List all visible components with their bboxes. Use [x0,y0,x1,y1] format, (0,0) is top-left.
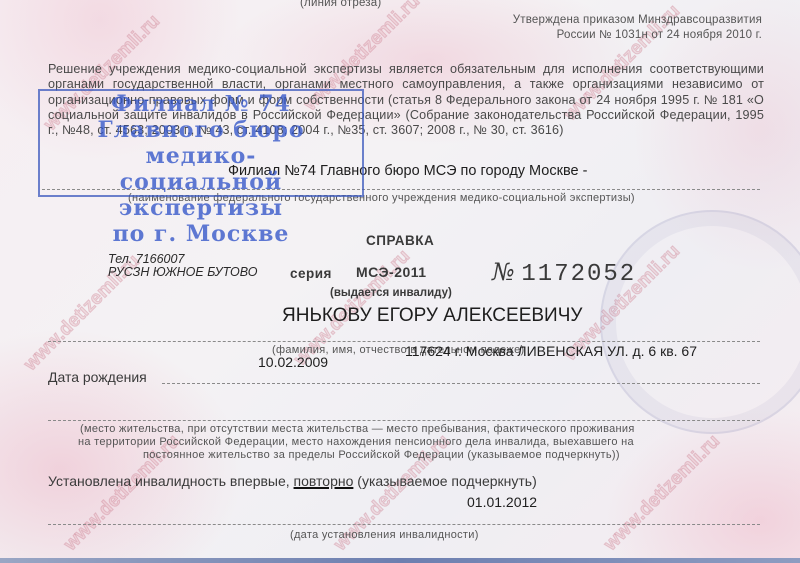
disability-statement: Установлена инвалидность впервые, повтор… [48,473,537,489]
disability-text-before: Установлена инвалидность впервые, [48,473,294,489]
recipient-line [48,341,760,342]
address-caption-3: постоянное жительство за пределы Российс… [143,449,620,461]
institution-value: Филиал №74 Главного бюро МСЭ по городу М… [228,163,587,179]
disability-date-line [48,524,760,525]
disability-underlined-option: повторно [294,473,354,489]
paper-bottom-edge [0,558,800,563]
number-sign: № [492,258,515,286]
cut-line-label: (линия отреза) [300,0,381,9]
disability-date-value: 01.01.2012 [467,494,537,510]
certificate-number: № 1172052 [492,258,636,288]
address-value: 117624 г. Москва ЛИВЕНСКАЯ УЛ. д. 6 кв. … [405,343,697,359]
institution-caption: (наименование федерального государственн… [128,192,635,204]
institution-line [42,189,760,190]
birth-date-line [162,383,760,384]
legal-paragraph: Решение учреждения медико-социальной экс… [48,62,764,138]
birth-date-value: 10.02.2009 [258,354,328,370]
approval-line-1: Утверждена приказом Минздравсоцразвития [513,14,762,26]
birth-date-label: Дата рождения [48,369,147,385]
disability-text-after: (указываемое подчеркнуть) [353,473,536,489]
series-value: МСЭ-2011 [356,264,427,280]
approval-line-2: России № 1031н от 24 ноября 2010 г. [557,29,762,41]
side-note-phone: Тел. 7166007 [108,252,184,266]
address-caption-1: (место жительства, при отсутствии места … [80,423,635,435]
number-value: 1172052 [521,261,636,288]
address-caption-2: на территории Российской Федерации, мест… [78,436,634,448]
address-line [48,420,760,421]
series-label: серия [290,266,332,281]
side-note-office: РУСЗН ЮЖНОЕ БУТОВО [108,265,258,279]
issued-to-caption: (выдается инвалиду) [330,287,452,299]
disability-date-caption: (дата установления инвалидности) [290,529,479,541]
document-title: СПРАВКА [366,233,434,248]
recipient-name: ЯНЬКОВУ ЕГОРУ АЛЕКСЕЕВИЧУ [282,305,582,327]
